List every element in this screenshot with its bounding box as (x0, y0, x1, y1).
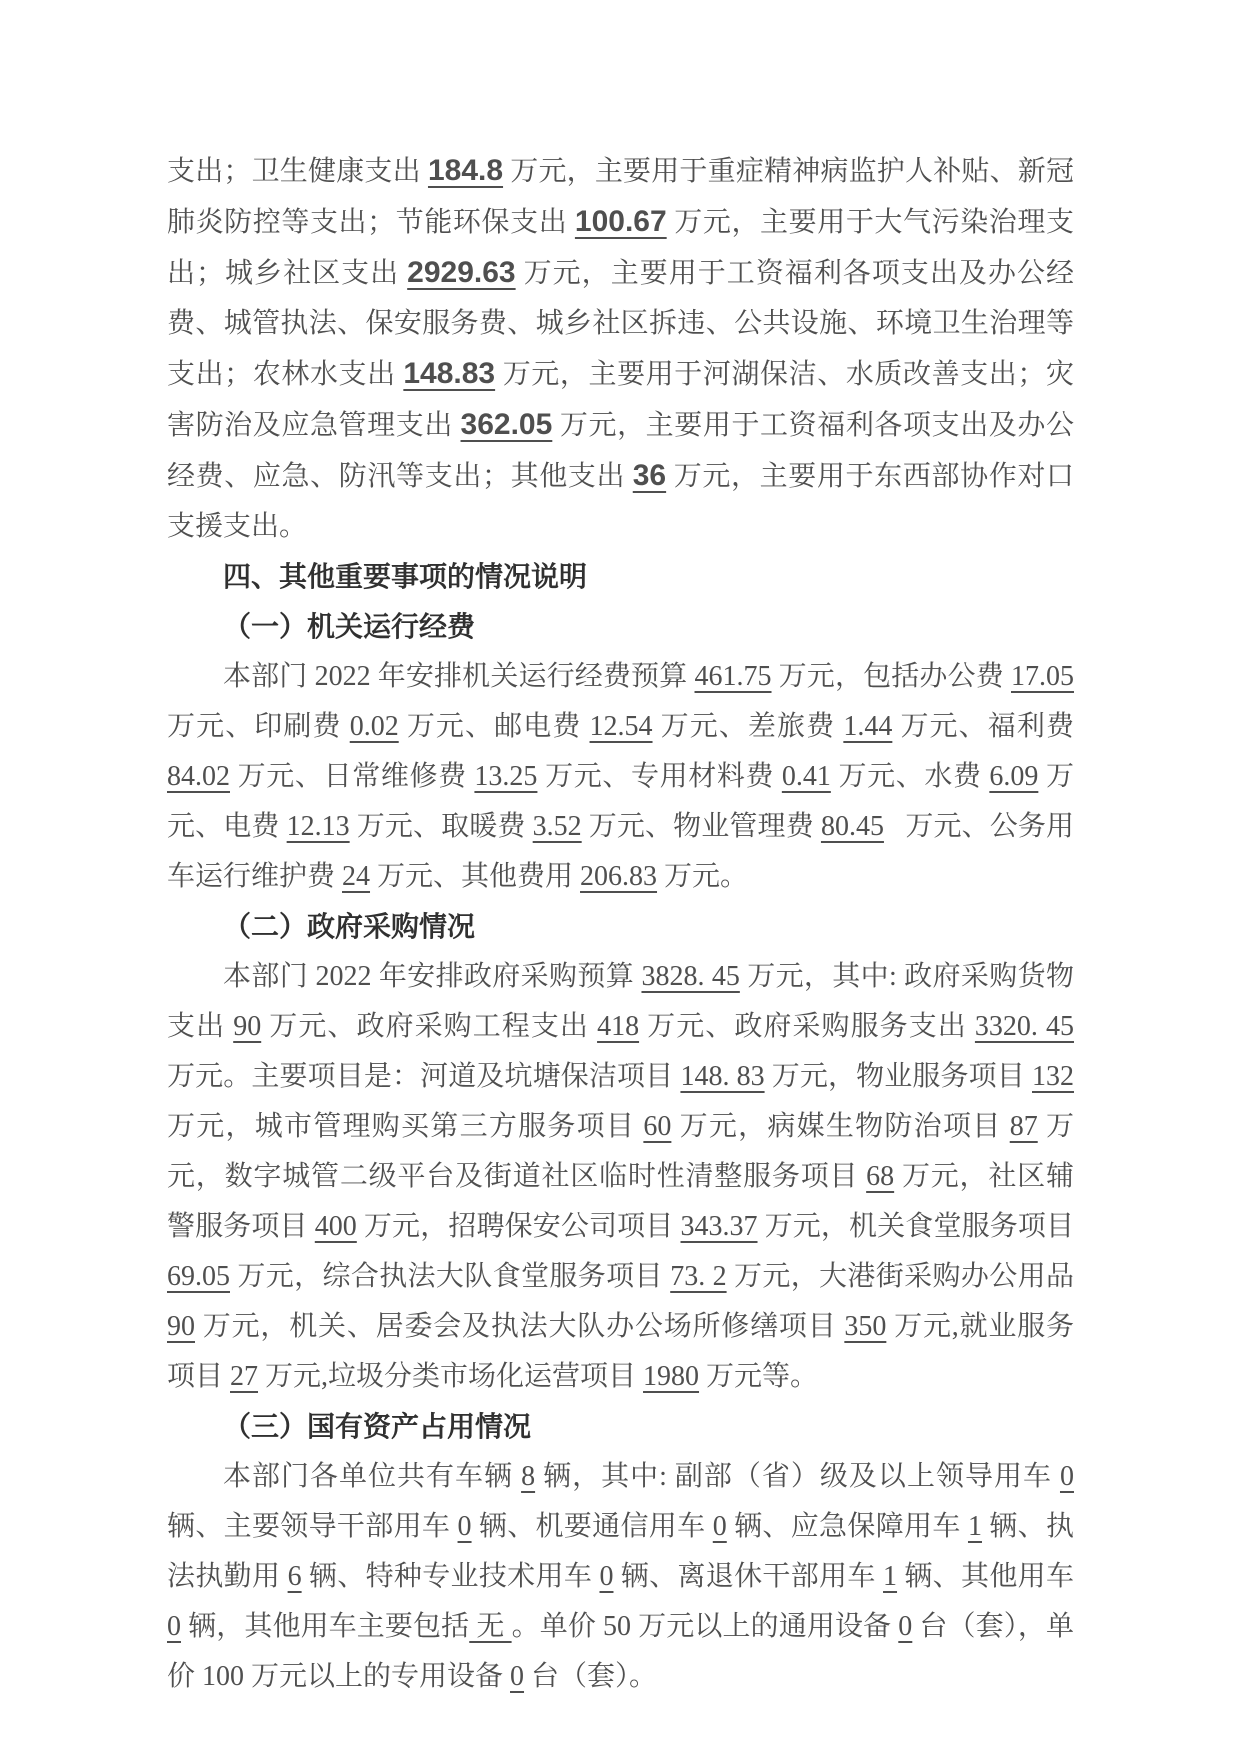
text-run: 辆、其他用车 (897, 1561, 1074, 1592)
text-run: 万元。主要项目是：河道及坑塘保洁项目 (167, 1061, 680, 1092)
amount-value-underlined: 0 (510, 1661, 524, 1692)
amount-value-underlined: 6 (288, 1561, 302, 1592)
amount-value-underlined: 0 (167, 1611, 181, 1642)
amount-value-underlined: 90 (233, 1011, 261, 1042)
text-run: 四、其他重要事项的情况说明 (223, 561, 587, 592)
amount-value-underlined: 0 (898, 1611, 912, 1642)
text-run: 万元，招聘保安公司项目 (357, 1211, 681, 1242)
amount-value-underlined: 90 (167, 1311, 195, 1342)
text-run: 万元，包括办公费 (772, 661, 1011, 692)
amount-value-underlined: 0 (713, 1511, 727, 1542)
text-run: 台（套）。 (524, 1661, 657, 1692)
amount-value-underlined: 400 (315, 1211, 357, 1242)
amount-value-underlined: 343.37 (681, 1211, 758, 1242)
text-run: 万元、福利费 (892, 711, 1074, 742)
text-run: 辆、特种专业技术用车 (302, 1561, 600, 1592)
text-run: （三）国有资产占用情况 (223, 1411, 531, 1442)
amount-value-underlined: 206.83 (580, 861, 657, 892)
text-run: 万元，病媒生物防治项目 (671, 1111, 1009, 1142)
text-run: 辆，其中: 副部（省）级及以上领导用车 (535, 1461, 1060, 1492)
text-run: 万元,垃圾分类市场化运营项目 (258, 1361, 643, 1392)
text-run: 万元，机关食堂服务项目 (758, 1211, 1074, 1242)
amount-value-bold-underlined: 184.8 (428, 154, 503, 187)
text-run: 万元、物业管理费 (582, 811, 821, 842)
text-run: （一）机关运行经费 (223, 611, 475, 642)
amount-value-underlined: 6.09 (989, 761, 1038, 792)
amount-value-underlined: 0.02 (350, 711, 399, 742)
amount-value-underlined: 60 (643, 1111, 671, 1142)
text-run: 万元、水费 (831, 761, 990, 792)
text-run: 辆、机要通信用车 (472, 1511, 713, 1542)
amount-value-bold-underlined: 100.67 (575, 205, 667, 238)
text-run: 万元、其他费用 (370, 861, 580, 892)
text-run: 辆、主要领导干部用车 (167, 1511, 458, 1542)
body-paragraph: 本部门各单位共有车辆 8 辆，其中: 副部（省）级及以上领导用车 0 辆、主要领… (167, 1452, 1074, 1702)
section-heading: （三）国有资产占用情况 (167, 1402, 1074, 1452)
amount-value-underlined: 1 (883, 1561, 897, 1592)
amount-value-underlined: 24 (342, 861, 370, 892)
section-heading: （一）机关运行经费 (167, 602, 1074, 652)
amount-value-underlined: 0.41 (782, 761, 831, 792)
amount-value-underlined: 3828. 45 (641, 961, 739, 992)
amount-value-underlined: 84.02 (167, 761, 230, 792)
text-run: 本部门 2022 年安排机关运行经费预算 (223, 661, 695, 692)
amount-value-underlined: 3.52 (533, 811, 582, 842)
amount-value-underlined: 350 (844, 1311, 886, 1342)
amount-value-underlined: 12.54 (590, 711, 653, 742)
text-run: 支出；卫生健康支出 (167, 156, 428, 187)
amount-value-underlined: 0 (599, 1561, 613, 1592)
amount-value-bold-underlined: 2929.63 (407, 256, 515, 289)
section-heading: 四、其他重要事项的情况说明 (167, 552, 1074, 602)
amount-value-underlined: 461.75 (695, 661, 772, 692)
text-run: 万元、取暖费 (350, 811, 533, 842)
text-run: 辆、离退休干部用车 (613, 1561, 883, 1592)
text-run: 万元。 (657, 861, 748, 892)
amount-value-underlined: 17.05 (1011, 661, 1074, 692)
text-run: 万元，城市管理购买第三方服务项目 (167, 1111, 643, 1142)
amount-value-underlined: 0 (1060, 1461, 1074, 1492)
amount-value-underlined: 13.25 (474, 761, 537, 792)
amount-value-underlined: 418 (597, 1011, 639, 1042)
text-run: 万元、邮电费 (399, 711, 590, 742)
text-run: 。单价 50 万元以上的通用设备 (512, 1611, 899, 1642)
text-run: 万元、印刷费 (167, 711, 350, 742)
amount-value-underlined: 68 (866, 1161, 894, 1192)
amount-value-underlined: 8 (521, 1461, 535, 1492)
document-body: 支出；卫生健康支出 184.8 万元，主要用于重症精神病监护人补贴、新冠肺炎防控… (167, 146, 1074, 1702)
amount-value-underlined: 27 (230, 1361, 258, 1392)
text-run: （二）政府采购情况 (223, 911, 475, 942)
section-heading: （二）政府采购情况 (167, 902, 1074, 952)
amount-value-bold-underlined: 362.05 (461, 408, 553, 441)
amount-value-underlined: 69.05 (167, 1261, 230, 1292)
amount-value-underlined: 1 (968, 1511, 982, 1542)
text-run: 万元、政府采购工程支出 (261, 1011, 597, 1042)
amount-value-underlined: 1980 (643, 1361, 699, 1392)
text-run: 万元、日常维修费 (230, 761, 474, 792)
text-run: 万元、差旅费 (653, 711, 844, 742)
amount-value-underlined: 148. 83 (680, 1061, 764, 1092)
amount-value-underlined: 1.44 (843, 711, 892, 742)
text-run: 辆，其他用车主要包括 (181, 1611, 469, 1642)
amount-value-underlined: 80.45 (821, 811, 884, 842)
text-run: 万元，机关、居委会及执法大队办公场所修缮项目 (195, 1311, 844, 1342)
text-run: 本部门 2022 年安排政府采购预算 (223, 961, 641, 992)
amount-value-underlined: 87 (1010, 1111, 1038, 1142)
amount-value-underlined: 0 (458, 1511, 472, 1542)
amount-value-underlined: 12.13 (287, 811, 350, 842)
body-paragraph: 本部门 2022 年安排机关运行经费预算 461.75 万元，包括办公费 17.… (167, 652, 1074, 902)
text-run: 万元、专用材料费 (537, 761, 781, 792)
text-run: 辆、应急保障用车 (727, 1511, 968, 1542)
text-run: 万元、政府采购服务支出 (639, 1011, 975, 1042)
amount-value-underlined: 3320. 45 (975, 1011, 1074, 1042)
text-run: 万元，大港街采购办公用品 (727, 1261, 1074, 1292)
document-page: 支出；卫生健康支出 184.8 万元，主要用于重症精神病监护人补贴、新冠肺炎防控… (0, 0, 1241, 1754)
text-run: 万元，综合执法大队食堂服务项目 (230, 1261, 670, 1292)
text-run: 本部门各单位共有车辆 (223, 1461, 521, 1492)
amount-value-bold-underlined: 36 (633, 459, 666, 492)
body-paragraph: 本部门 2022 年安排政府采购预算 3828. 45 万元，其中: 政府采购货… (167, 952, 1074, 1402)
body-paragraph: 支出；卫生健康支出 184.8 万元，主要用于重症精神病监护人补贴、新冠肺炎防控… (167, 146, 1074, 552)
text-run: 万元等。 (699, 1361, 818, 1392)
text-run: 万元，物业服务项目 (765, 1061, 1032, 1092)
amount-value-underlined: 132 (1032, 1061, 1074, 1092)
amount-value-underlined: 73. 2 (670, 1261, 726, 1292)
amount-value-underlined: 无 (469, 1611, 511, 1642)
amount-value-bold-underlined: 148.83 (403, 357, 495, 390)
